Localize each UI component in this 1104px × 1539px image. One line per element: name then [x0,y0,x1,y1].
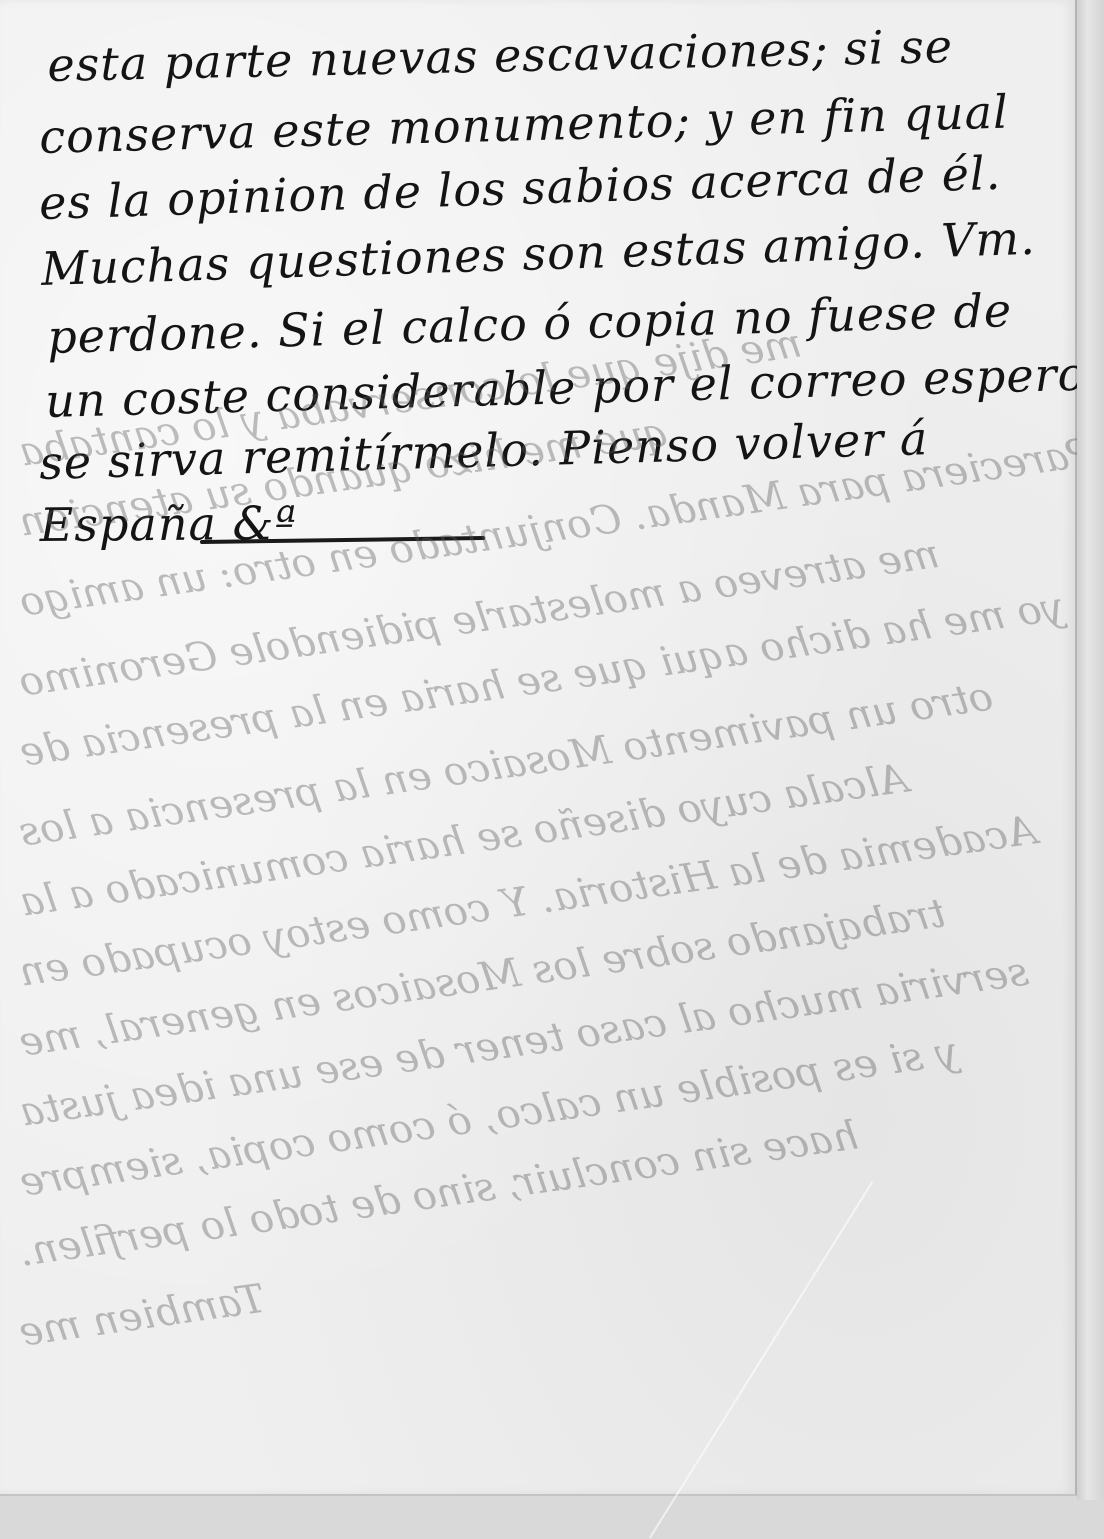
bleed-through-text: me dije que lo conservaba y lo cantaba q… [20,430,1070,1470]
page-edge [1077,0,1104,1500]
manuscript-page: esta parte nuevas escavaciones; si se co… [0,0,1077,1496]
bleed-line: Tambien me [17,1276,268,1356]
text-line-1: esta parte nuevas escavaciones; si se [47,19,954,92]
